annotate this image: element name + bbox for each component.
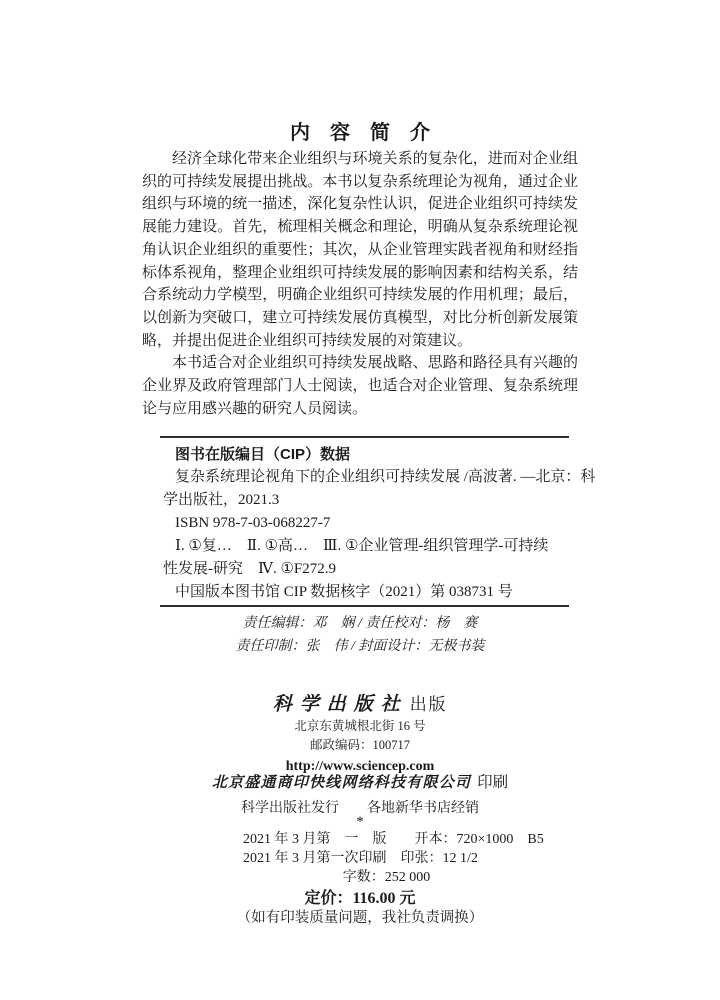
cip-heading: 图书在版编目（CIP）数据 (163, 443, 565, 466)
publisher-postcode: 邮政编码：100717 (0, 736, 720, 755)
content-summary-title: 内 容 简 介 (0, 116, 720, 145)
cip-entry-line-2: 学出版社，2021.3 (163, 489, 565, 512)
cip-record-number: 中国版本图书馆 CIP 数据核字（2021）第 038731 号 (163, 581, 565, 604)
publisher-role: 出版 (410, 695, 447, 714)
quality-notice: （如有印装质量问题，我社负责调换） (0, 906, 720, 927)
cip-entry-line-1: 复杂系统理论视角下的企业组织可持续发展 /高波著. —北京：科 (163, 466, 565, 489)
staff-credits: 责任编辑：邓 娴 / 责任校对：杨 赛 责任印制：张 伟 / 封面设计：无极书装 (0, 612, 720, 658)
printer-company: 北京盛通商印快线网络科技有限公司 (212, 775, 471, 791)
separator-asterisk: * (0, 814, 720, 831)
cip-classification-line-1: Ⅰ. ①复… Ⅱ. ①高… Ⅲ. ①企业管理-组织管理学-可持续 (163, 535, 565, 558)
book-copyright-page: 内 容 简 介 经济全球化带来企业组织与环境关系的复杂化，进而对企业组织的可持续… (0, 0, 720, 1000)
edition-line: 2021 年 3 月第 一 版 开本：720×1000 B5 (243, 831, 530, 850)
price: 定价：116.00 元 (0, 885, 720, 908)
printer-role: 印刷 (477, 774, 508, 791)
content-summary: 经济全球化带来企业组织与环境关系的复杂化，进而对企业组织的可持续发展提出挑战。本… (142, 148, 578, 420)
publisher-name: 科学出版社 (273, 694, 408, 715)
edition-info-block: 2021 年 3 月第 一 版 开本：720×1000 B5 2021 年 3 … (243, 831, 530, 887)
cip-data-box: 图书在版编目（CIP）数据 复杂系统理论视角下的企业组织可持续发展 /高波著. … (160, 436, 569, 607)
publisher-name-line: 科学出版社出版 (0, 693, 720, 717)
printer-line: 北京盛通商印快线网络科技有限公司印刷 (0, 772, 720, 794)
publisher-address: 北京东黄城根北街 16 号 (0, 717, 720, 736)
publisher-block: 科学出版社出版 北京东黄城根北街 16 号 邮政编码：100717 http:/… (0, 693, 720, 777)
cip-classification-line-2: 性发展-研究 Ⅳ. ①F272.9 (163, 558, 565, 581)
staff-editors-line: 责任编辑：邓 娴 / 责任校对：杨 赛 (0, 612, 720, 635)
summary-paragraph-1: 经济全球化带来企业组织与环境关系的复杂化，进而对企业组织的可持续发展提出挑战。本… (142, 148, 578, 352)
summary-paragraph-2: 本书适合对企业组织可持续发展战略、思路和路径具有兴趣的企业界及政府管理部门人士阅… (142, 352, 578, 420)
staff-print-design-line: 责任印制：张 伟 / 封面设计：无极书装 (0, 635, 720, 658)
printing-line: 2021 年 3 月第一次印刷 印张：12 1/2 (243, 850, 530, 869)
cip-isbn: ISBN 978-7-03-068227-7 (163, 512, 565, 535)
